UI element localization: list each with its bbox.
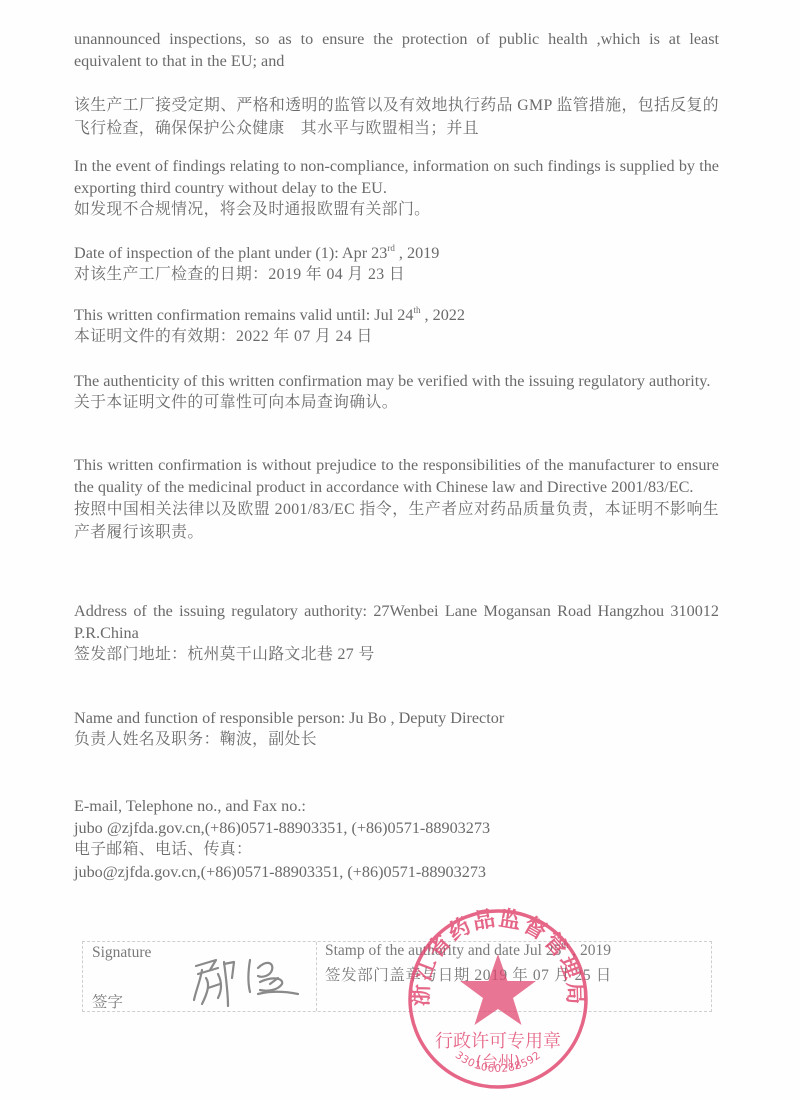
inspection-date-suffix: rd: [387, 243, 395, 253]
official-seal-icon: 浙江省药品监督管理局 行政许可专用章 (台州) 3301060288592: [403, 904, 593, 1094]
prejudice-en: This written confirmation is without pre…: [74, 454, 719, 498]
gmp-text-en: unannounced inspections, so as to ensure…: [74, 28, 719, 72]
gmp-paragraph-en: unannounced inspections, so as to ensure…: [74, 28, 719, 72]
seal-star-icon: [460, 954, 536, 1025]
valid-until-section: This written confirmation remains valid …: [74, 304, 719, 348]
noncompliance-paragraph: In the event of findings relating to non…: [74, 155, 719, 221]
noncompliance-text-en: In the event of findings relating to non…: [74, 155, 719, 199]
noncompliance-text-zh: 如发现不合规情况，将会及时通报欧盟有关部门。: [74, 199, 719, 221]
contact-section: E-mail, Telephone no., and Fax no.: jubo…: [74, 795, 719, 883]
authenticity-section: The authenticity of this written confirm…: [74, 370, 719, 414]
valid-until-en: This written confirmation remains valid …: [74, 304, 719, 326]
valid-until-year: , 2022: [420, 306, 465, 324]
responsible-person-zh: 负责人姓名及职务：鞠波，副处长: [74, 729, 719, 751]
inspection-date-year: , 2019: [395, 244, 440, 262]
inspection-date-zh: 对该生产工厂检查的日期：2019 年 04 月 23 日: [74, 264, 719, 286]
address-en: Address of the issuing regulatory author…: [74, 600, 719, 644]
contact-label-en: E-mail, Telephone no., and Fax no.:: [74, 795, 719, 817]
inspection-date-label: Date of inspection of the plant under (1…: [74, 244, 387, 262]
inspection-date-en: Date of inspection of the plant under (1…: [74, 242, 719, 264]
address-section: Address of the issuing regulatory author…: [74, 600, 719, 666]
prejudice-zh: 按照中国相关法律以及欧盟 2001/83/EC 指令，生产者应对药品质量负责，本…: [74, 498, 719, 544]
signature-stamp-table: Signature 签字: [82, 941, 712, 1012]
address-zh: 签发部门地址：杭州莫干山路文北巷 27 号: [74, 644, 719, 666]
authenticity-zh: 关于本证明文件的可靠性可向本局查询确认。: [74, 392, 719, 414]
document-page: unannounced inspections, so as to ensure…: [0, 0, 800, 1100]
responsible-person-section: Name and function of responsible person:…: [74, 707, 719, 751]
inspection-date-section: Date of inspection of the plant under (1…: [74, 242, 719, 286]
valid-until-label: This written confirmation remains valid …: [74, 306, 413, 324]
contact-value-zh: jubo@zjfda.gov.cn,(+86)0571-88903351, (+…: [74, 861, 719, 883]
seal-center-text: 行政许可专用章: [435, 1031, 561, 1052]
responsible-person-en: Name and function of responsible person:…: [74, 707, 719, 729]
signature-label-zh: 签字: [92, 990, 123, 1012]
gmp-paragraph-zh: 该生产工厂接受定期、严格和透明的监管以及有效地执行药品 GMP 监管措施，包括反…: [74, 94, 719, 140]
handwritten-signature-icon: [188, 948, 308, 1010]
authenticity-en: The authenticity of this written confirm…: [74, 370, 719, 392]
contact-label-zh: 电子邮箱、电话、传真：: [74, 839, 719, 861]
gmp-text-zh: 该生产工厂接受定期、严格和透明的监管以及有效地执行药品 GMP 监管措施，包括反…: [74, 94, 719, 140]
prejudice-section: This written confirmation is without pre…: [74, 454, 719, 544]
signature-label-en: Signature: [92, 944, 151, 962]
signature-cell: Signature 签字: [83, 942, 317, 1011]
contact-value-en: jubo @zjfda.gov.cn,(+86)0571-88903351, (…: [74, 817, 719, 839]
valid-until-zh: 本证明文件的有效期：2022 年 07 月 24 日: [74, 326, 719, 348]
